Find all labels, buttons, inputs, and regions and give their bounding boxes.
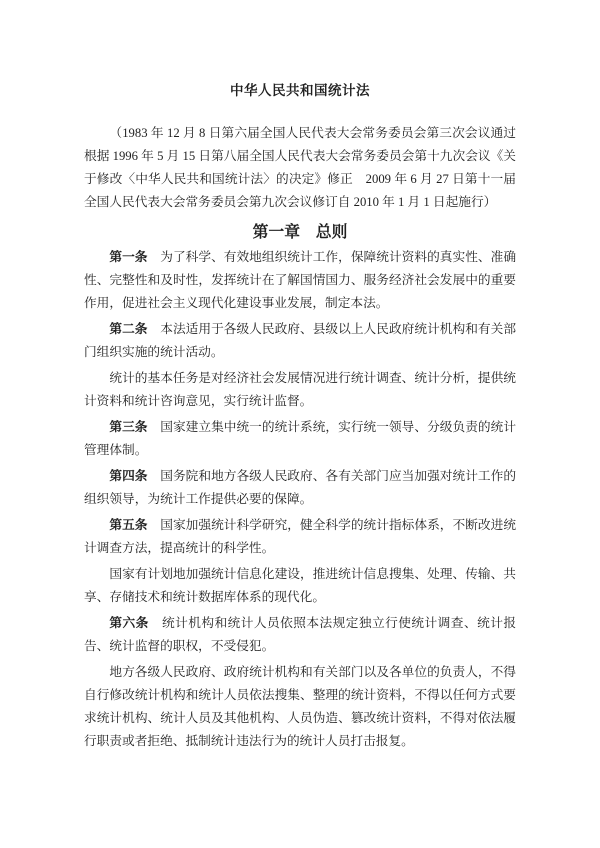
article-paragraph: 第四条国务院和地方各级人民政府、各有关部门应当加强对统计工作的组织领导，为统计工… <box>84 465 516 511</box>
chapter-heading: 第一章 总则 <box>84 220 516 246</box>
article-paragraph: 国家有计划地加强统计信息化建设，推进统计信息搜集、处理、传输、共享、存储技术和统… <box>84 563 516 609</box>
document-title: 中华人民共和国统计法 <box>84 82 516 100</box>
article-number: 第五条 <box>109 518 160 532</box>
article-number: 第六条 <box>109 616 162 630</box>
article-number: 第四条 <box>109 469 160 483</box>
article-paragraph: 第一条为了科学、有效地组织统计工作，保障统计资料的真实性、准确性、完整性和及时性… <box>84 246 516 315</box>
article-paragraph: 第六条统计机构和统计人员依照本法规定独立行使统计调查、统计报告、统计监督的职权，… <box>84 612 516 658</box>
article-number: 第二条 <box>109 322 160 336</box>
article-paragraph: 统计的基本任务是对经济社会发展情况进行统计调查、统计分析，提供统计资料和统计咨询… <box>84 367 516 413</box>
article-paragraph: 地方各级人民政府、政府统计机构和有关部门以及各单位的负责人，不得自行修改统计机构… <box>84 661 516 753</box>
document-page: 中华人民共和国统计法 （1983 年 12 月 8 日第六届全国人民代表大会常务… <box>0 0 600 848</box>
article-paragraph: 第五条国家加强统计科学研究，健全科学的统计指标体系，不断改进统计调查方法，提高统… <box>84 514 516 560</box>
article-number: 第三条 <box>109 420 160 434</box>
article-text: 统计的基本任务是对经济社会发展情况进行统计调查、统计分析，提供统计资料和统计咨询… <box>84 371 516 408</box>
preamble-paragraph: （1983 年 12 月 8 日第六届全国人民代表大会常务委员会第三次会议通过 … <box>84 122 516 214</box>
article-paragraph: 第三条国家建立集中统一的统计系统，实行统一领导、分级负责的统计管理体制。 <box>84 416 516 462</box>
article-text: 地方各级人民政府、政府统计机构和有关部门以及各单位的负责人，不得自行修改统计机构… <box>84 665 516 748</box>
article-text: 国家有计划地加强统计信息化建设，推进统计信息搜集、处理、传输、共享、存储技术和统… <box>84 567 516 604</box>
article-number: 第一条 <box>109 250 160 264</box>
article-paragraph: 第二条本法适用于各级人民政府、县级以上人民政府统计机构和有关部门组织实施的统计活… <box>84 318 516 364</box>
